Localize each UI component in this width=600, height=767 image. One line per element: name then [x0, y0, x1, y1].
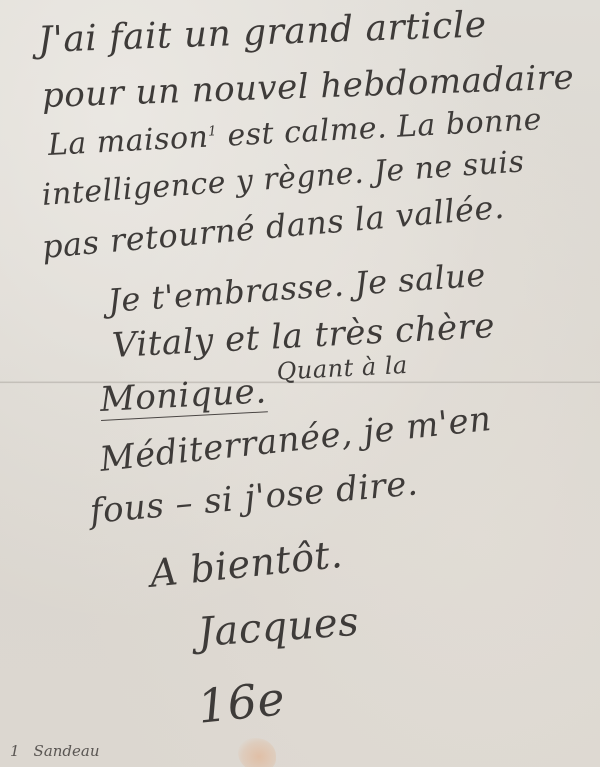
letter-line-3-start: La maison [47, 120, 209, 163]
footnote-marker: 1 [208, 123, 218, 139]
letter-line-1: J'ai fait un grand article [37, 4, 487, 61]
letter-line-8-end: Quant à la [276, 351, 408, 386]
footnote-text: Sandeau [34, 742, 100, 760]
page-marker: 16e [195, 671, 287, 734]
letter-page: J'ai fait un grand article pour un nouve… [0, 0, 600, 767]
signature: Jacques [196, 599, 360, 656]
paper-stain [238, 738, 276, 767]
footnote-number: 1 [10, 742, 20, 760]
closing-line: A bientôt. [148, 532, 345, 596]
underlined-name: Monique. [99, 371, 268, 421]
footnote: 1Sandeau [10, 742, 100, 760]
